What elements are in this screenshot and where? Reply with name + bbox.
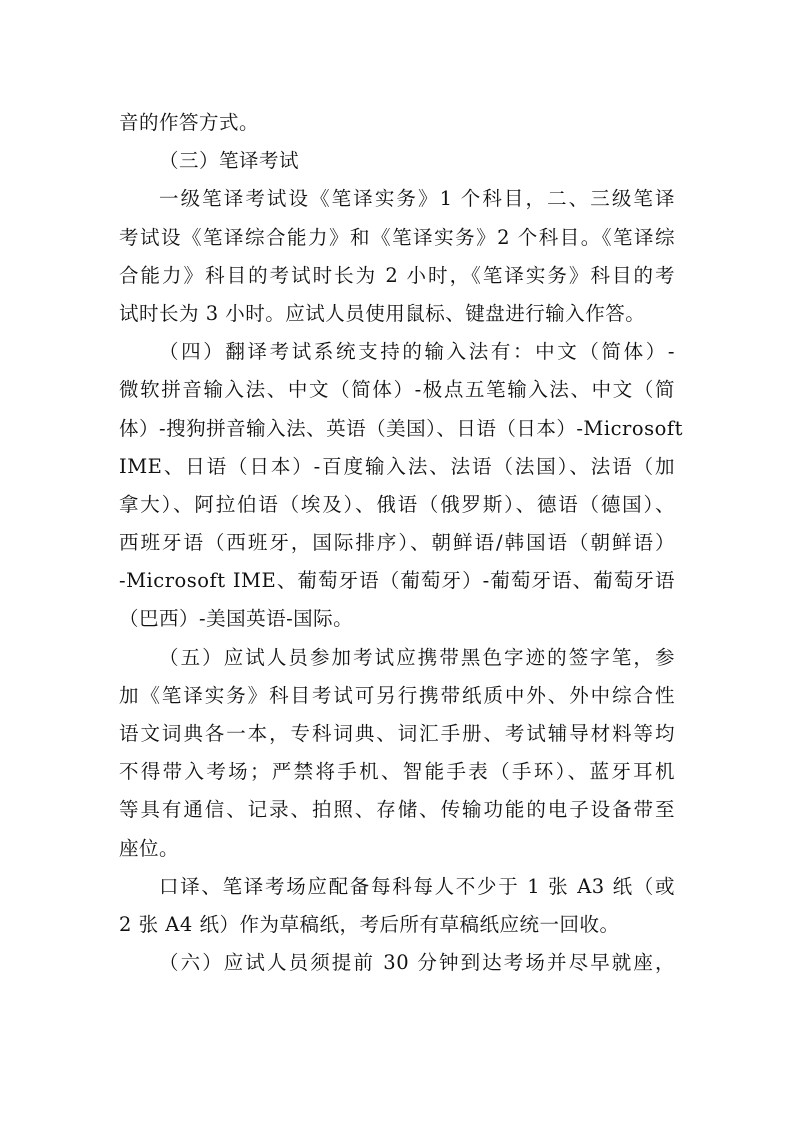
text-line: 微软拼音输入法、中文（简体）-极点五笔输入法、中文（简 (119, 371, 675, 409)
text-line: （巴西）-美国英语-国际。 (119, 600, 675, 638)
section-heading-written-exam: （三）笔译考试 (119, 142, 675, 180)
heading-line: （三）笔译考试 (119, 142, 675, 180)
paragraph-allowed-items: （五）应试人员参加考试应携带黑色字迹的签字笔，参 加《笔译实务》科目考试可另行携… (119, 639, 675, 868)
text-line: （五）应试人员参加考试应携带黑色字迹的签字笔，参 (119, 639, 675, 677)
text-line: 座位。 (119, 830, 675, 868)
text-line: IME、日语（日本）-百度输入法、法语（法国）、法语（加 (119, 448, 675, 486)
text-line: 考试设《笔译综合能力》和《笔译实务》2 个科目。《笔译综 (119, 219, 675, 257)
text-line: 拿大）、阿拉伯语（埃及）、俄语（俄罗斯）、德语（德国）、 (119, 486, 675, 524)
paragraph-input-methods: （四）翻译考试系统支持的输入法有：中文（简体）- 微软拼音输入法、中文（简体）-… (119, 333, 675, 639)
text-line: （四）翻译考试系统支持的输入法有：中文（简体）- (119, 333, 675, 371)
text-line: -Microsoft IME、葡萄牙语（葡萄牙）-葡萄牙语、葡萄牙语 (119, 562, 675, 600)
text-line: （六）应试人员须提前 30 分钟到达考场并尽早就座， (119, 944, 675, 982)
text-line: 等具有通信、记录、拍照、存储、传输功能的电子设备带至 (119, 791, 675, 829)
paragraph-written-exam-subjects: 一级笔译考试设《笔译实务》1 个科目，二、三级笔译 考试设《笔译综合能力》和《笔… (119, 180, 675, 333)
text-line: 试时长为 3 小时。应试人员使用鼠标、键盘进行输入作答。 (119, 295, 675, 333)
text-line: 2 张 A4 纸）作为草稿纸，考后所有草稿纸应统一回收。 (119, 906, 675, 944)
text-line: 西班牙语（西班牙，国际排序）、朝鲜语/韩国语（朝鲜语） (119, 524, 675, 562)
text-line: 口译、笔译考场应配备每科每人不少于 1 张 A3 纸（或 (119, 868, 675, 906)
paragraph-scratch-paper: 口译、笔译考场应配备每科每人不少于 1 张 A3 纸（或 2 张 A4 纸）作为… (119, 868, 675, 944)
text-line: 加《笔译实务》科目考试可另行携带纸质中外、外中综合性 (119, 677, 675, 715)
text-line: 合能力》科目的考试时长为 2 小时，《笔译实务》科目的考 (119, 257, 675, 295)
paragraph-continuation: 音的作答方式。 (119, 104, 675, 142)
text-line: 不得带入考场；严禁将手机、智能手表（手环）、蓝牙耳机 (119, 753, 675, 791)
text-line: 音的作答方式。 (119, 104, 675, 142)
paragraph-arrival-time: （六）应试人员须提前 30 分钟到达考场并尽早就座， (119, 944, 675, 982)
text-line: 一级笔译考试设《笔译实务》1 个科目，二、三级笔译 (119, 180, 675, 218)
document-page: 音的作答方式。 （三）笔译考试 一级笔译考试设《笔译实务》1 个科目，二、三级笔… (119, 104, 675, 982)
text-line: 语文词典各一本，专科词典、词汇手册、考试辅导材料等均 (119, 715, 675, 753)
text-line: 体）-搜狗拼音输入法、英语（美国）、日语（日本）-Microsoft (119, 410, 675, 448)
